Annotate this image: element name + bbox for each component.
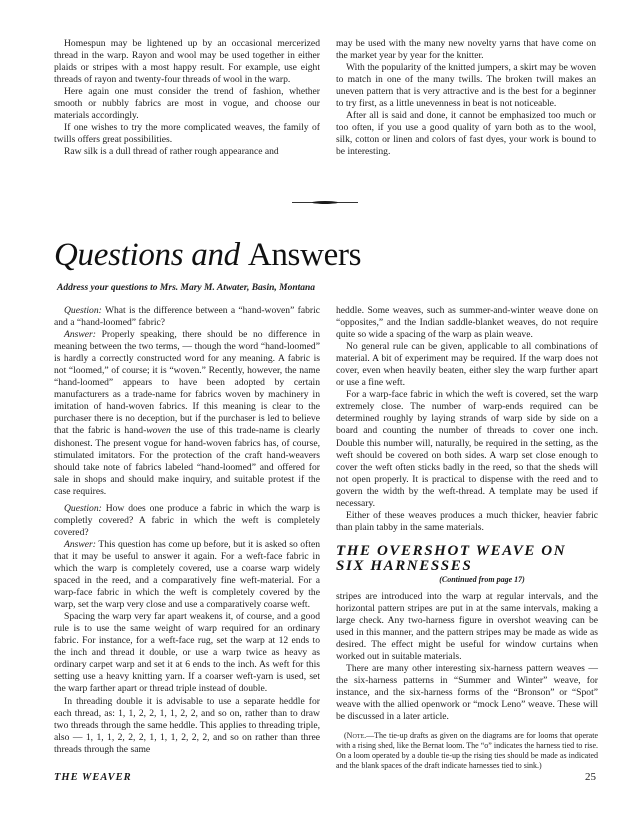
body-paragraph: After all is said and done, it cannot be…: [336, 110, 596, 158]
title-word-questions: Questions: [54, 237, 183, 273]
question-label: Question:: [64, 503, 102, 514]
body-paragraph: No general rule can be given, applicable…: [336, 341, 598, 389]
title-word-answers: Answers: [248, 237, 361, 273]
body-paragraph: Either of these weaves produces a much t…: [336, 510, 598, 534]
body-paragraph: In threading double it is advisable to u…: [54, 696, 320, 756]
body-paragraph: Spacing the warp very far apart weakens …: [54, 611, 320, 695]
answer-text: Properly speaking, there should be no di…: [54, 329, 320, 436]
page-title: Questions and Answers: [54, 236, 361, 274]
question-2: Question: How does one produce a fabric …: [54, 503, 320, 539]
body-paragraph: There are many other interesting six-har…: [336, 663, 598, 723]
section-separator-rule: [292, 201, 358, 204]
body-paragraph: If one wishes to try the more complicate…: [54, 122, 320, 146]
body-paragraph: Homespun may be lightened up by an occas…: [54, 38, 320, 86]
answer-label: Answer:: [64, 329, 96, 340]
answer-label: Answer:: [64, 539, 96, 550]
question-1: Question: What is the difference between…: [54, 305, 320, 329]
page-number: 25: [585, 771, 596, 783]
body-paragraph: stripes are introduced into the warp at …: [336, 591, 598, 663]
body-paragraph: may be used with the many new novelty ya…: [336, 38, 596, 62]
note-text: .—The tie-up drafts as given on the diag…: [336, 731, 598, 770]
note-label: Note: [347, 731, 364, 740]
tie-up-note: (Note.—The tie-up drafts as given on the…: [336, 731, 598, 771]
separator-swell: [312, 201, 338, 204]
answer-emphasis: woven: [146, 425, 171, 436]
overshot-section-heading: THE OVERSHOT WEAVE ON SIX HARNESSES: [336, 544, 598, 574]
publication-footer: THE WEAVER: [54, 772, 132, 783]
top-continuation-left-column: Homespun may be lightened up by an occas…: [54, 38, 320, 158]
qa-right-column: heddle. Some weaves, such as summer-and-…: [336, 305, 598, 771]
qa-left-column: Question: What is the difference between…: [54, 305, 320, 756]
question-label: Question:: [64, 305, 102, 316]
body-paragraph: For a warp-face fabric in which the weft…: [336, 389, 598, 509]
top-continuation-right-column: may be used with the many new novelty ya…: [336, 38, 596, 158]
note-paragraph: (Note.—The tie-up drafts as given on the…: [336, 731, 598, 771]
address-subtitle: Address your questions to Mrs. Mary M. A…: [57, 283, 315, 293]
body-paragraph: Raw silk is a dull thread of rather roug…: [54, 146, 320, 158]
answer-2: Answer: This question has come up before…: [54, 539, 320, 611]
body-paragraph: With the popularity of the knitted jumpe…: [336, 62, 596, 110]
body-paragraph: Here again one must consider the trend o…: [54, 86, 320, 122]
body-paragraph: heddle. Some weaves, such as summer-and-…: [336, 305, 598, 341]
continued-from-note: (Continued from page 17): [366, 574, 598, 585]
title-word-and: and: [183, 237, 248, 273]
answer-1: Answer: Properly speaking, there should …: [54, 329, 320, 498]
